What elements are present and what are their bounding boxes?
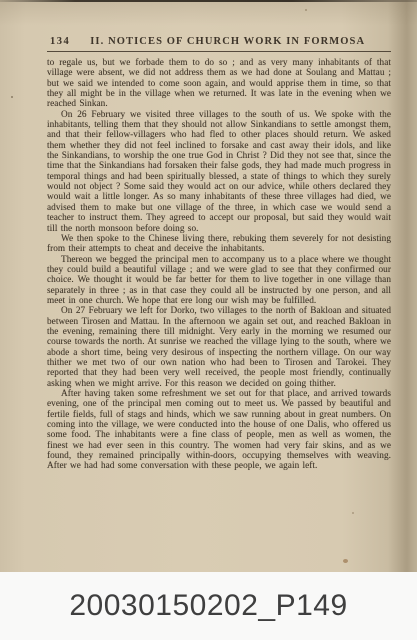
page-number: 134 — [50, 36, 70, 47]
paper-speck — [305, 9, 307, 11]
paragraph: to regale us, but we forbade them to do … — [47, 58, 391, 110]
archive-id-label: 20030150202_P149 — [69, 589, 347, 623]
scan-top-edge — [0, 0, 417, 2]
paragraph: On 26 February we visited three villages… — [47, 110, 391, 234]
paragraph: On 27 February we left for Dorko, two vi… — [47, 306, 391, 389]
paragraph: We then spoke to the Chinese living ther… — [47, 234, 391, 255]
archive-id-band: 20030150202_P149 — [0, 572, 417, 640]
paper-speck — [343, 559, 348, 563]
paragraph: Thereon we begged the principal men to a… — [47, 255, 391, 307]
scanned-book-page: 134 II. NOTICES OF CHURCH WORK IN FORMOS… — [0, 0, 417, 640]
running-title: II. NOTICES OF CHURCH WORK IN FORMOSA — [90, 36, 365, 47]
paragraph: After having taken some refreshment we s… — [47, 389, 391, 472]
running-header: 134 II. NOTICES OF CHURCH WORK IN FORMOS… — [50, 36, 391, 47]
paper-speck — [352, 512, 354, 514]
paper-speck — [11, 96, 13, 98]
header-rule — [47, 51, 391, 52]
page-body: to regale us, but we forbade them to do … — [47, 58, 391, 472]
